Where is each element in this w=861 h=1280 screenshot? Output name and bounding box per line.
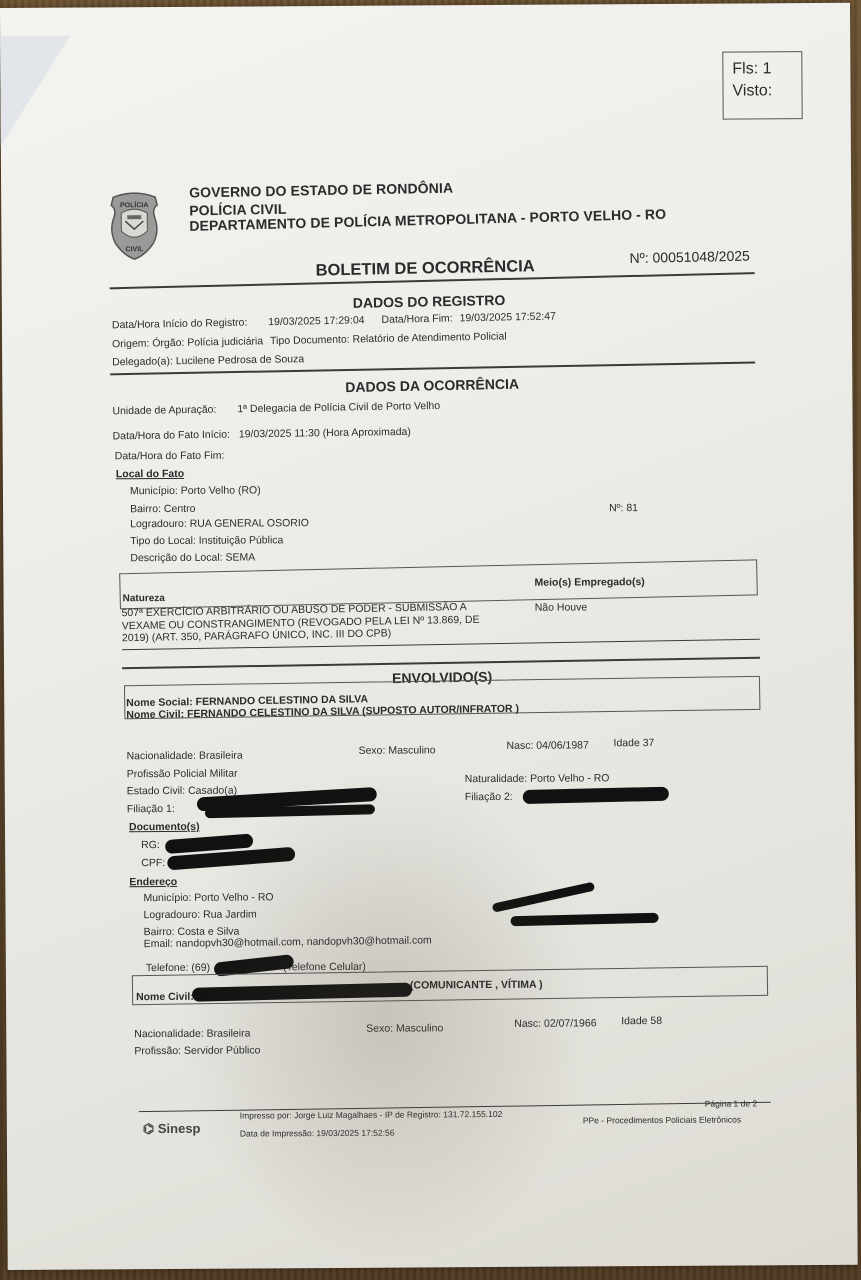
sinesp-logo-icon: ⌬: [143, 1121, 154, 1136]
person1-naturalidade: Naturalidade: Porto Velho - RO: [465, 772, 610, 785]
registro-origem-row: Origem: Órgão: Polícia judiciária Tipo D…: [112, 330, 507, 350]
registro-delegado: Delegado(a): Lucilene Pedrosa de Souza: [112, 353, 304, 368]
local-logradouro: Logradouro: RUA GENERAL OSORIO: [130, 517, 309, 530]
local-numero: Nº: 81: [609, 502, 638, 514]
person1-documentos-title: Documento(s): [129, 821, 200, 833]
fato-inicio-label: Data/Hora do Fato Início:: [113, 429, 230, 443]
redaction-mark: [492, 882, 596, 913]
redaction-mark: [523, 787, 669, 804]
local-descricao: Descrição do Local: SEMA: [130, 551, 255, 564]
folded-corner: [0, 36, 71, 146]
person2-nacionalidade: Nacionalidade: Brasileira: [134, 1027, 250, 1040]
person2-idade: Idade 58: [621, 1015, 662, 1027]
section-title-registro: DADOS DO REGISTRO: [353, 292, 506, 311]
registro-origem: Origem: Órgão: Polícia judiciária: [112, 335, 263, 350]
registro-fim-value: 19/03/2025 17:52:47: [459, 310, 556, 324]
local-municipio: Município: Porto Velho (RO): [130, 484, 261, 497]
person1-profissao: Profissão Policial Militar: [127, 768, 238, 781]
person1-municipio: Município: Porto Velho - RO: [143, 891, 273, 904]
registro-inicio-value: 19/03/2025 17:29:04: [268, 314, 365, 328]
natureza-header: Natureza: [123, 593, 165, 604]
person2-nasc: Nasc: 02/07/1966: [514, 1017, 596, 1030]
person1-telefone-label: Telefone: (69): [146, 962, 210, 974]
person2-profissao: Profissão: Servidor Público: [134, 1044, 260, 1057]
registro-inicio-label: Data/Hora Início do Registro:: [112, 317, 248, 332]
registro-inicio-row: Data/Hora Início do Registro: 19/03/2025…: [112, 310, 556, 331]
person1-idade: Idade 37: [613, 737, 654, 749]
person1-email: Email: nandopvh30@hotmail.com, nandopvh3…: [144, 934, 432, 950]
policia-civil-badge-icon: POLÍCIA CIVIL: [107, 191, 161, 261]
meios-value: Não Houve: [535, 601, 588, 613]
registro-fim-label: Data/Hora Fim:: [381, 312, 452, 325]
footer-impresso-por: Impresso por: Jorge Luiz Magalhaes - IP …: [240, 1109, 503, 1121]
visto-label: Visto:: [732, 80, 801, 102]
sinesp-logo: ⌬ Sinesp: [143, 1121, 201, 1137]
unidade-row: Unidade de Apuração: 1ª Delegacia de Pol…: [112, 400, 440, 417]
person1-filiacao1-label: Filiação 1:: [127, 803, 175, 815]
person1-rg-label: RG:: [141, 839, 160, 851]
unidade-value: 1ª Delegacia de Polícia Civil de Porto V…: [237, 400, 440, 415]
header-government: GOVERNO DO ESTADO DE RONDÔNIA: [189, 180, 453, 201]
person2-nome-civil-label: Nome Civil:: [136, 991, 194, 1003]
footer-data-impressao: Data de Impressão: 19/03/2025 17:52:56: [240, 1128, 395, 1139]
person1-logradouro: Logradouro: Rua Jardim: [144, 908, 257, 921]
person1-cpf-label: CPF:: [141, 857, 165, 869]
unidade-label: Unidade de Apuração:: [112, 404, 216, 418]
person1-nasc: Nasc: 04/06/1987: [506, 739, 588, 752]
meios-header: Meio(s) Empregado(s): [534, 576, 644, 589]
person1-nacionalidade: Nacionalidade: Brasileira: [127, 750, 243, 763]
natureza-description: 507ª EXERCÍCIO ARBITRÁRIO OU ABUSO DE PO…: [121, 601, 479, 645]
local-tipo: Tipo do Local: Instituição Pública: [130, 534, 283, 547]
footer-sistema: PPe - Procedimentos Policiais Eletrônico…: [583, 1114, 741, 1125]
redaction-mark: [510, 913, 658, 926]
fls-visto-box: Fls: 1 Visto:: [722, 51, 802, 119]
person1-sexo: Sexo: Masculino: [359, 744, 436, 756]
fato-fim-label: Data/Hora do Fato Fim:: [115, 450, 225, 463]
section-title-ocorrencia: DADOS DA OCORRÊNCIA: [345, 376, 519, 395]
registro-tipo-documento: Tipo Documento: Relatório de Atendimento…: [270, 330, 507, 347]
fato-inicio-row: Data/Hora do Fato Início: 19/03/2025 11:…: [113, 426, 411, 442]
person2-papel: (COMUNICANTE , VÍTIMA ): [410, 979, 543, 992]
fato-inicio-value: 19/03/2025 11:30 (Hora Aproximada): [239, 426, 411, 441]
svg-text:POLÍCIA: POLÍCIA: [120, 200, 148, 209]
person2-sexo: Sexo: Masculino: [366, 1022, 443, 1034]
sinesp-logo-text: Sinesp: [158, 1121, 201, 1136]
person1-filiacao2-label: Filiação 2:: [465, 791, 513, 803]
local-bairro: Bairro: Centro: [130, 503, 195, 515]
divider: [122, 657, 760, 669]
document-number: Nº: 00051048/2025: [629, 248, 750, 266]
footer-pagina: Página 1 de 2: [705, 1098, 758, 1108]
person1-endereco-title: Endereço: [129, 876, 177, 888]
local-do-fato-title: Local do Fato: [116, 468, 184, 480]
svg-text:CIVIL: CIVIL: [126, 246, 145, 253]
printed-document-page: Fls: 1 Visto: POLÍCIA CIVIL GOVERNO DO E…: [0, 3, 858, 1270]
fls-label: Fls: 1: [732, 58, 801, 80]
person1-names: Nome Social: FERNANDO CELESTINO DA SILVA…: [126, 691, 519, 722]
